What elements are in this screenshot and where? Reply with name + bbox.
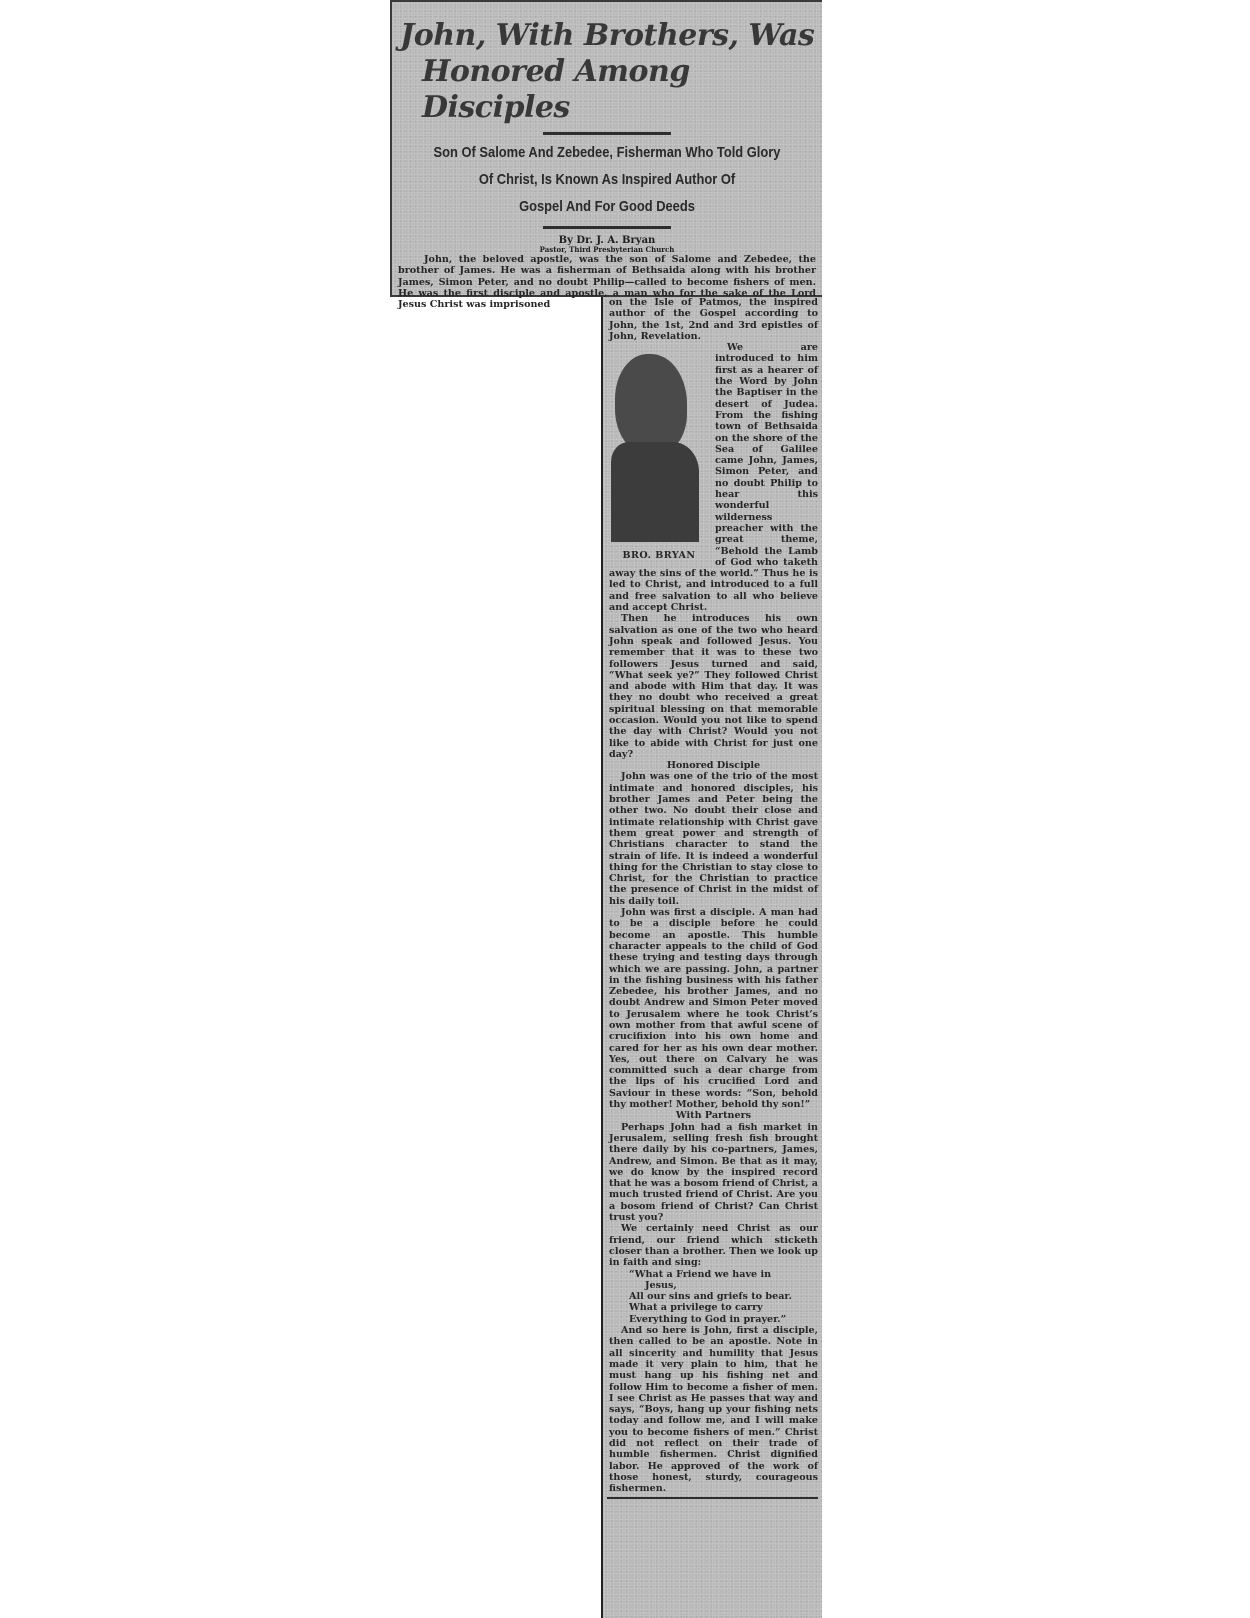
paragraph: John was one of the trio of the most int… bbox=[609, 771, 818, 907]
verse-line: “What a Friend we have in bbox=[629, 1269, 818, 1280]
headline-line-2: Honored Among Disciples bbox=[400, 54, 822, 126]
column-text: on the Isle of Patmos, the inspired auth… bbox=[603, 297, 822, 1494]
divider-rule bbox=[543, 132, 671, 135]
article-column: on the Isle of Patmos, the inspired auth… bbox=[601, 297, 822, 1618]
divider-rule bbox=[543, 226, 671, 229]
article-header-block: John, With Brothers, Was Honored Among D… bbox=[390, 0, 822, 297]
subhead-line-1: Son Of Salome And Zebedee, Fisherman Who… bbox=[422, 139, 792, 166]
hymn-verse: “What a Friend we have in Jesus, All our… bbox=[609, 1269, 818, 1325]
subheadline: Son Of Salome And Zebedee, Fisherman Who… bbox=[422, 139, 792, 220]
byline-title: Pastor, Third Presbyterian Church bbox=[392, 246, 822, 254]
portrait-photo-icon bbox=[611, 354, 703, 544]
section-subhead: Honored Disciple bbox=[609, 760, 818, 771]
paragraph: Perhaps John had a fish market in Jerusa… bbox=[609, 1122, 818, 1224]
verse-line: Jesus, bbox=[629, 1280, 818, 1291]
end-rule bbox=[607, 1497, 818, 1499]
portrait-figure: BRO. BRYAN bbox=[609, 346, 709, 561]
paragraph: We certainly need Christ as our friend, … bbox=[609, 1223, 818, 1268]
headline: John, With Brothers, Was Honored Among D… bbox=[400, 18, 822, 126]
paragraph: on the Isle of Patmos, the inspired auth… bbox=[609, 297, 818, 342]
portrait-caption: BRO. BRYAN bbox=[609, 550, 709, 561]
verse-line: All our sins and griefs to bear. bbox=[629, 1291, 818, 1302]
section-subhead: With Partners bbox=[609, 1110, 818, 1121]
paragraph: John was first a disciple. A man had to … bbox=[609, 907, 818, 1110]
paragraph: Then he introduces his own salvation as … bbox=[609, 613, 818, 760]
verse-line: What a privilege to carry bbox=[629, 1302, 818, 1313]
headline-line-1: John, With Brothers, Was bbox=[400, 18, 814, 53]
paragraph: And so here is John, first a disciple, t… bbox=[609, 1325, 818, 1494]
verse-line: Everything to God in prayer.” bbox=[629, 1314, 818, 1325]
subhead-line-3: Gospel And For Good Deeds bbox=[422, 193, 792, 220]
subhead-line-2: Of Christ, Is Known As Inspired Author O… bbox=[422, 166, 792, 193]
